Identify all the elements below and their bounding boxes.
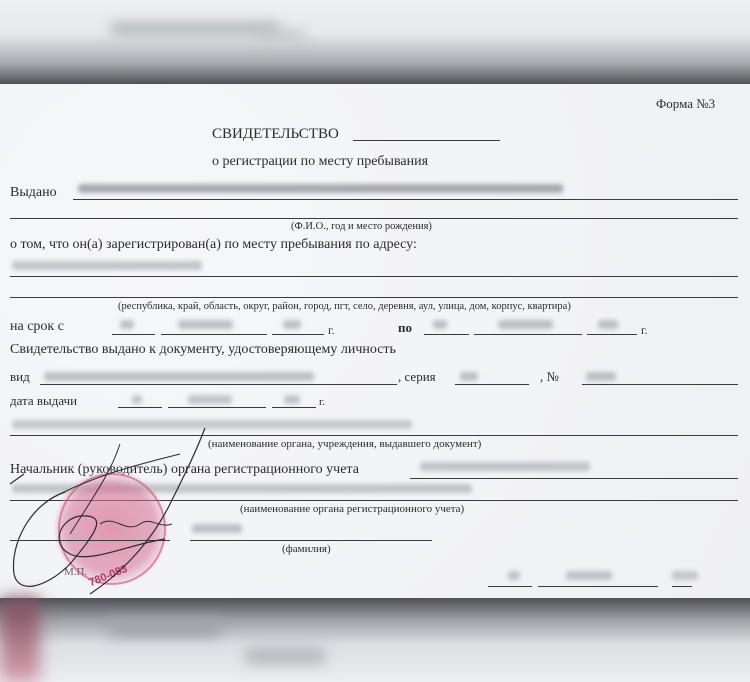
id-number-value bbox=[586, 372, 616, 381]
signature-date-month-line bbox=[538, 586, 658, 587]
id-number-line bbox=[582, 384, 738, 385]
issue-date-day bbox=[132, 395, 142, 404]
id-number-label: , № bbox=[540, 369, 559, 385]
term-from-day bbox=[120, 320, 134, 329]
term-from-day-line bbox=[112, 334, 155, 335]
blurred-stamp-edge bbox=[0, 598, 40, 682]
address-value bbox=[12, 261, 202, 270]
document-title: СВИДЕТЕЛЬСТВО bbox=[212, 126, 339, 143]
issue-date-month-line bbox=[168, 407, 266, 408]
blurred-text bbox=[245, 648, 325, 664]
term-to-year-line bbox=[587, 334, 637, 335]
blurred-background-top bbox=[0, 0, 750, 84]
issued-to-caption: (Ф.И.О., год и место рождения) bbox=[291, 221, 432, 232]
document-subtitle: о регистрации по месту пребывания bbox=[212, 154, 428, 170]
registration-certificate-page: Форма №3 СВИДЕТЕЛЬСТВО о регистрации по … bbox=[0, 84, 750, 598]
handwritten-signature bbox=[0, 424, 260, 604]
issued-to-line bbox=[73, 199, 738, 200]
blurred-text bbox=[255, 30, 305, 40]
term-to-month bbox=[498, 320, 553, 329]
term-from-year bbox=[283, 320, 301, 329]
registered-statement: о том, что он(а) зарегистрирован(а) по м… bbox=[10, 237, 417, 253]
address-line-2 bbox=[10, 297, 738, 298]
term-to-day bbox=[433, 320, 447, 329]
blurred-text bbox=[110, 620, 220, 636]
term-to-day-line bbox=[424, 334, 469, 335]
issued-to-value bbox=[78, 184, 563, 193]
term-to-year bbox=[598, 320, 618, 329]
id-type-line bbox=[40, 384, 397, 385]
signature-date-day-line bbox=[488, 586, 532, 587]
term-to-year-suffix: г. bbox=[641, 323, 648, 338]
id-series-line bbox=[455, 384, 529, 385]
signature-date-year bbox=[672, 571, 698, 580]
signature-date-day bbox=[508, 571, 520, 580]
issue-date-label: дата выдачи bbox=[10, 393, 77, 409]
term-to-label: по bbox=[398, 320, 412, 336]
issue-date-year bbox=[284, 395, 300, 404]
issued-to-label: Выдано bbox=[10, 185, 57, 201]
id-series-label: , серия bbox=[398, 369, 436, 385]
id-document-statement: Свидетельство выдано к документу, удосто… bbox=[10, 342, 396, 358]
term-from-month bbox=[178, 320, 233, 329]
issued-to-line-2 bbox=[10, 218, 738, 219]
term-from-label: на срок с bbox=[10, 319, 64, 335]
registration-authority-line-1 bbox=[410, 478, 738, 479]
certificate-number-line bbox=[353, 140, 500, 141]
issue-date-suffix: г. bbox=[319, 396, 325, 408]
id-type-value bbox=[44, 372, 314, 381]
address-line-1 bbox=[10, 276, 738, 277]
term-from-month-line bbox=[161, 334, 267, 335]
signature-date-month bbox=[566, 571, 612, 580]
form-number: Форма №3 bbox=[656, 96, 715, 112]
surname-caption: (фамилия) bbox=[282, 543, 331, 555]
issue-date-year-line bbox=[272, 407, 316, 408]
term-from-year-line bbox=[272, 334, 324, 335]
registration-authority-caption: (наименование органа регистрационного уч… bbox=[240, 503, 464, 515]
term-to-month-line bbox=[474, 334, 582, 335]
id-type-label: вид bbox=[10, 369, 30, 385]
blurred-background-bottom bbox=[0, 598, 750, 682]
issue-date-day-line bbox=[118, 407, 162, 408]
issue-date-month bbox=[188, 395, 232, 404]
term-from-year-suffix: г. bbox=[328, 323, 335, 338]
registration-authority-value-1 bbox=[420, 462, 590, 471]
address-caption: (республика, край, область, округ, район… bbox=[118, 301, 571, 312]
signature-date-year-line bbox=[672, 586, 692, 587]
id-series-value bbox=[460, 372, 478, 381]
